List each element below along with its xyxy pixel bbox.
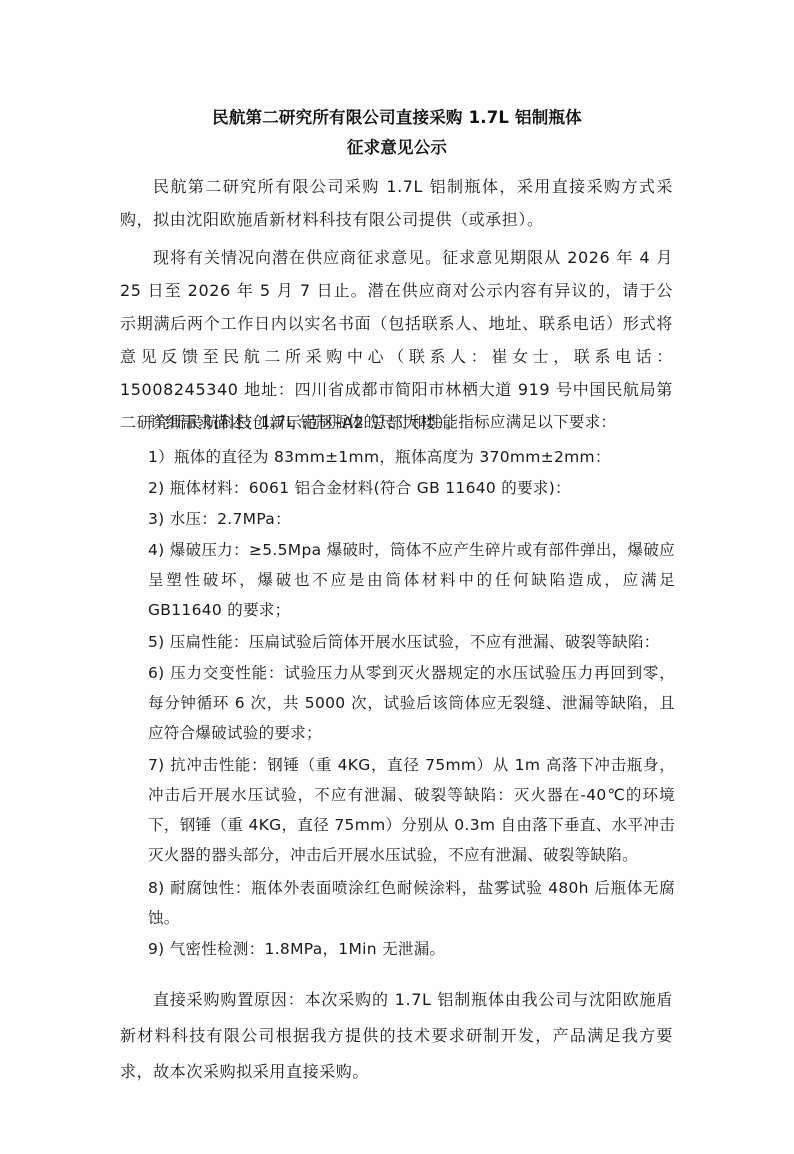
requirement-item: 8) 耐腐蚀性：瓶体外表面喷涂红色耐候涂料，盐雾试验 480h 后瓶体无腐蚀。 [148, 873, 675, 933]
document-subtitle: 征求意见公示 [0, 134, 794, 158]
reason-paragraph: 直接采购购置原因：本次采购的 1.7L 铝制瓶体由我公司与沈阳欧施盾新材料科技有… [120, 982, 673, 1090]
requirement-item: 1）瓶体的直径为 83mm±1mm，瓶体高度为 370mm±2mm： [148, 442, 675, 472]
requirement-item: 5) 压扁性能：压扁试验后筒体开展水压试验，不应有泄漏、破裂等缺陷： [148, 627, 675, 657]
document-page: 民航第二研究所有限公司直接采购 1.7L 铝制瓶体 征求意见公示 民航第二研究所… [0, 0, 794, 1154]
requirements-intro: 详细需求描述：1.7L 铝制瓶体的尺寸和性能指标应满足以下要求： [150, 410, 616, 434]
requirement-item: 6) 压力交变性能：试验压力从零到灭火器规定的水压试验压力再回到零，每分钟循环 … [148, 658, 675, 748]
document-title: 民航第二研究所有限公司直接采购 1.7L 铝制瓶体 [0, 104, 794, 128]
requirement-item: 7) 抗冲击性能：钢锤（重 4KG，直径 75mm）从 1m 高落下冲击瓶身，冲… [148, 750, 675, 870]
requirement-item: 2) 瓶体材料：6061 铝合金材料(符合 GB 11640 的要求)： [148, 473, 675, 503]
requirement-item: 3) 水压：2.7MPa： [148, 504, 675, 534]
requirement-item: 9) 气密性检测：1.8MPa，1Min 无泄漏。 [148, 934, 675, 964]
requirement-item: 4) 爆破压力：≥5.5Mpa 爆破时，筒体不应产生碎片或有部件弹出，爆破应呈塑… [148, 535, 675, 625]
intro-paragraph: 民航第二研究所有限公司采购 1.7L 铝制瓶体，采用直接采购方式采购，拟由沈阳欧… [120, 170, 673, 236]
